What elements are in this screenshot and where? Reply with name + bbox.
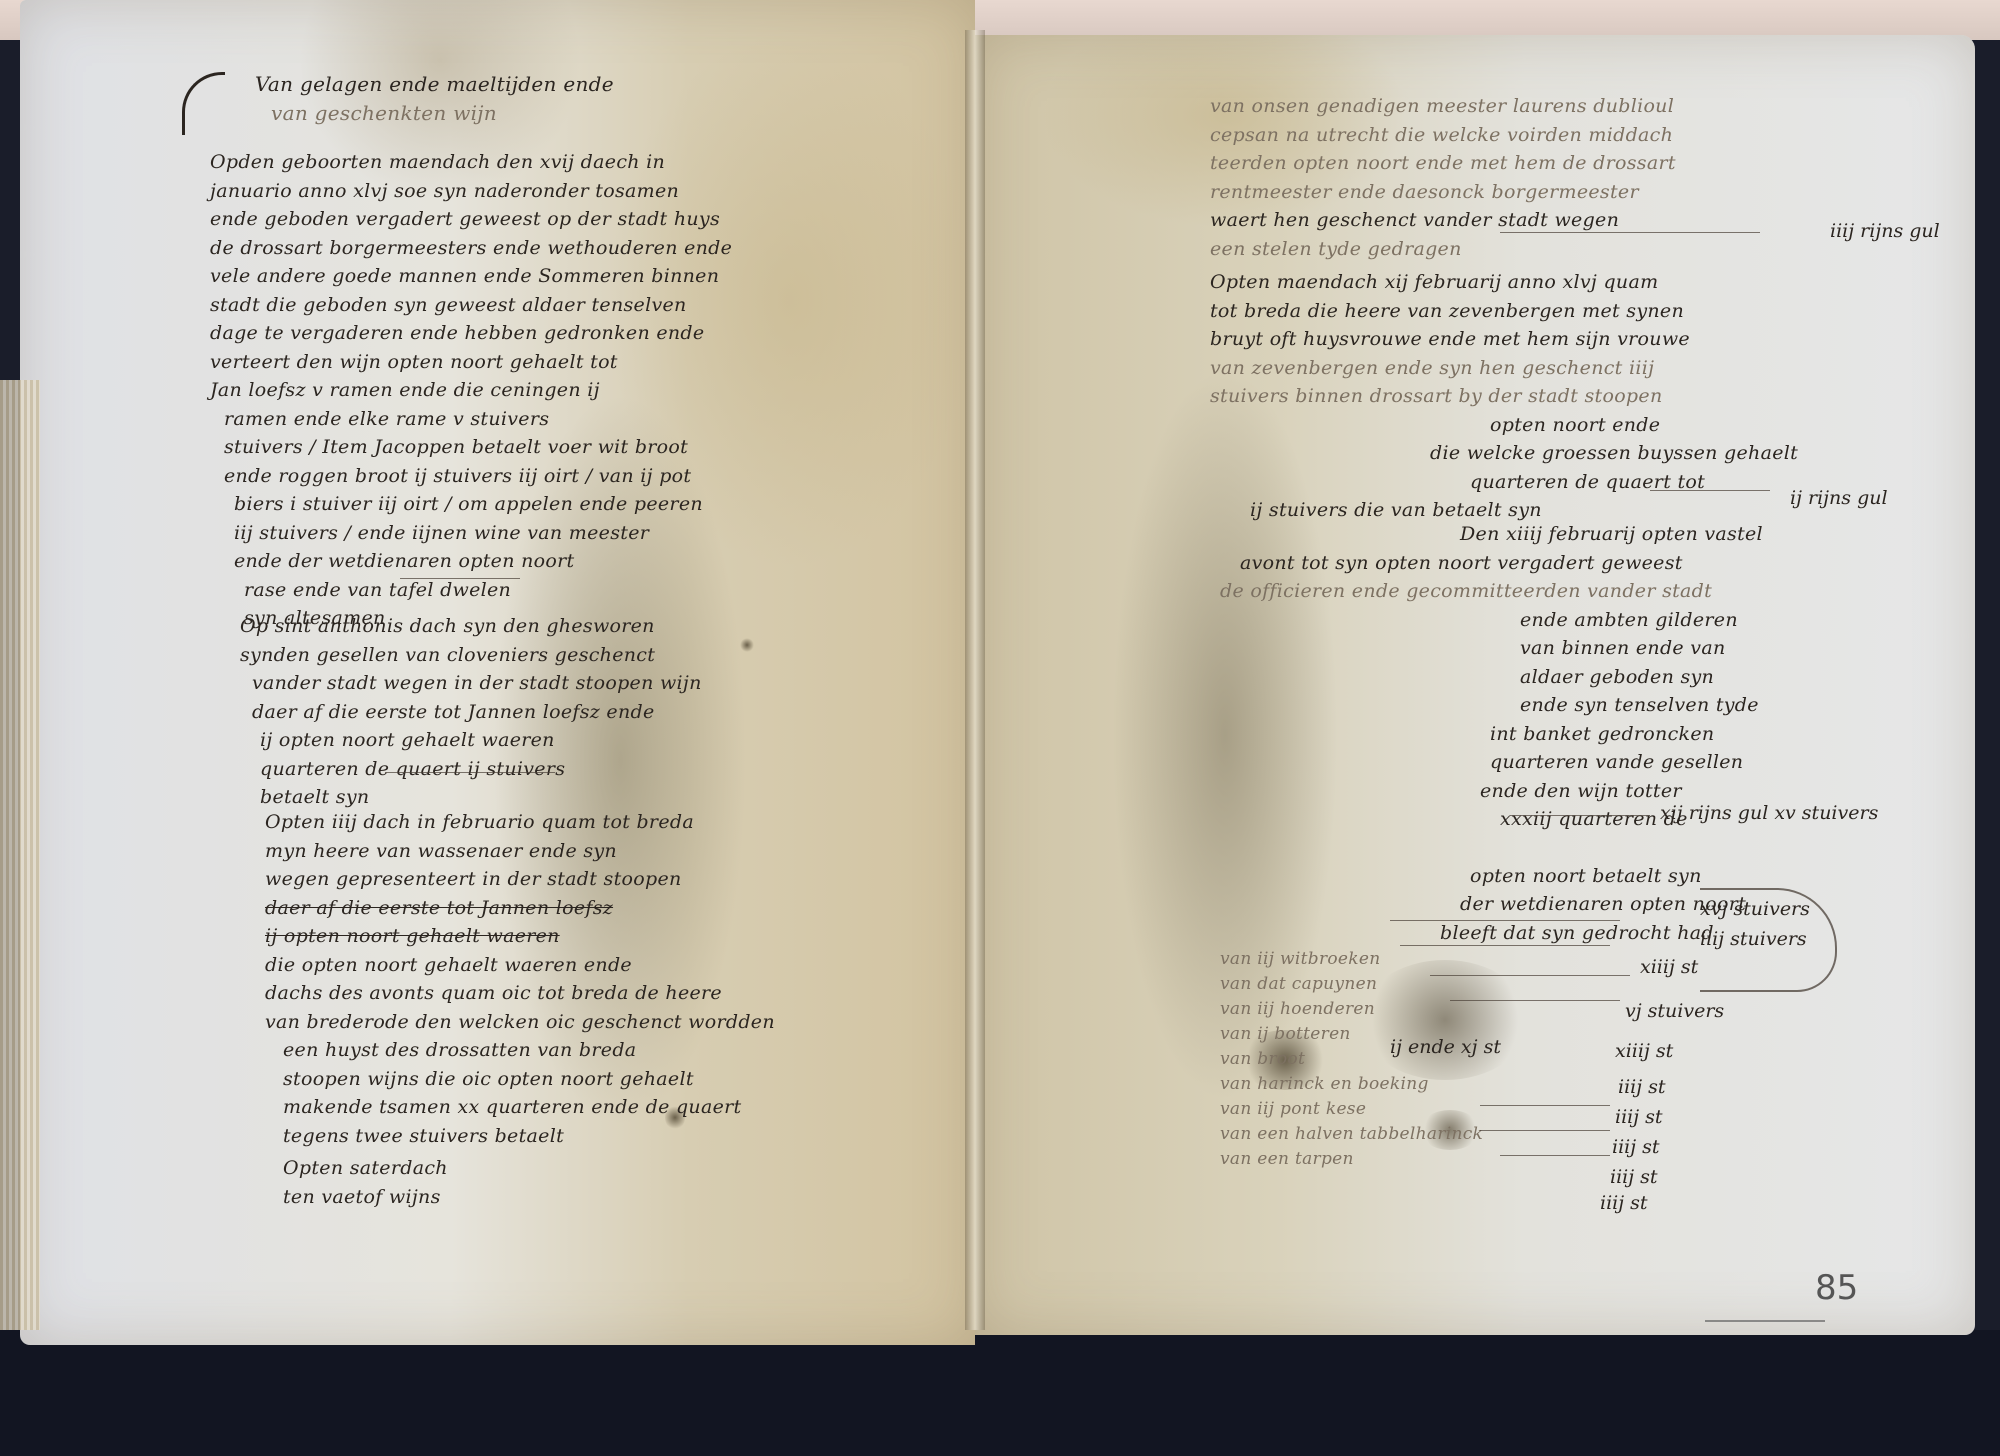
text-line: een huyst des drossatten van breda <box>265 1036 775 1065</box>
text-line: makende tsamen xx quarteren ende de quae… <box>265 1093 775 1122</box>
text-line: verteert den wijn opten noort gehaelt to… <box>210 348 732 377</box>
text-line: cepsan na utrecht die welcke voirden mid… <box>1210 121 1676 150</box>
ledger-rule <box>1400 945 1610 946</box>
margin-amount: ij rijns gul <box>1790 487 1888 509</box>
ledger-rule <box>385 772 555 773</box>
text-line: ende roggen broot ij stuivers iij oirt /… <box>210 462 732 491</box>
ledger-rule <box>400 578 520 579</box>
ledger-rule <box>1480 1105 1610 1106</box>
text-line: Opten saterdach <box>265 1154 775 1183</box>
margin-amount: iiij stuivers <box>1700 928 1807 950</box>
text-line: Jan loefsz v ramen ende die ceningen ij <box>210 376 732 405</box>
text-line: ten vaetof wijns <box>265 1183 775 1212</box>
ink-dot-2 <box>740 638 754 652</box>
text-line: ende geboden vergadert geweest op der st… <box>210 205 732 234</box>
heading-line: van geschenkten wijn <box>255 99 614 128</box>
text-line: avont tot syn opten noort vergadert gewe… <box>1220 549 1763 578</box>
text-line: rentmeester ende daesonck borgermeester <box>1210 178 1676 207</box>
margin-amount: vj stuivers <box>1625 1000 1724 1022</box>
margin-amount: xij rijns gul xv stuivers <box>1660 802 1878 824</box>
right-paragraph-1: van onsen genadigen meester laurens dubl… <box>1210 92 1676 263</box>
open-manuscript: Van gelagen ende maeltijden ende van ges… <box>0 0 2000 1456</box>
text-line: Opten maendach xij februarij anno xlvj q… <box>1210 268 1798 297</box>
text-line: daer af die eerste tot Jannen loefsz end… <box>240 698 702 727</box>
text-line: dachs des avonts quam oic tot breda de h… <box>265 979 775 1008</box>
text-line: waert hen geschenct vander stadt wegen <box>1210 206 1676 235</box>
text-line: stadt die geboden syn geweest aldaer ten… <box>210 291 732 320</box>
text-line: stuivers / Item Jacoppen betaelt voer wi… <box>210 433 732 462</box>
text-line: bruyt oft huysvrouwe ende met hem sijn v… <box>1210 325 1798 354</box>
text-line: ramen ende elke rame v stuivers <box>210 405 732 434</box>
margin-amount: iiij st <box>1618 1076 1666 1098</box>
text-line: vander stadt wegen in der stadt stoopen … <box>240 669 702 698</box>
left-paragraph-1: Opden geboorten maendach den xvij daech … <box>210 148 732 633</box>
margin-amount: xiiij st <box>1615 1040 1673 1062</box>
book-spine <box>965 30 985 1330</box>
text-line: ende syn tenselven tyde <box>1220 691 1763 720</box>
text-line: tegens twee stuivers betaelt <box>265 1122 775 1151</box>
text-line: aldaer geboden syn <box>1220 663 1763 692</box>
text-line: ende ambten gilderen <box>1220 606 1763 635</box>
margin-amount: iiij st <box>1600 1192 1648 1214</box>
text-line: synden gesellen van cloveniers geschenct <box>240 641 702 670</box>
text-line: Op sint anthonis dach syn den ghesworen <box>240 612 702 641</box>
left-paragraph-2: Op sint anthonis dach syn den ghesworen … <box>240 612 702 812</box>
margin-amount: xiiij st <box>1640 956 1698 978</box>
ledger-rule <box>1500 232 1760 233</box>
text-line: bleeft dat syn gedrocht had <box>1220 919 1763 948</box>
ledger-rule <box>1510 815 1650 816</box>
ledger-rule <box>1500 1155 1610 1156</box>
text-line: ij opten noort gehaelt waeren <box>240 726 702 755</box>
text-line: opten noort ende <box>1210 411 1798 440</box>
ledger-item: van iij pont kese <box>1220 1097 1763 1122</box>
text-line: dage te vergaderen ende hebben gedronken… <box>210 319 732 348</box>
text-line: van binnen ende van <box>1220 634 1763 663</box>
heading-line: Van gelagen ende maeltijden ende <box>255 70 614 99</box>
text-line: rase ende van tafel dwelen <box>210 576 732 605</box>
ledger-rule <box>1390 920 1620 921</box>
ledger-rule <box>1450 1000 1620 1001</box>
struck-text-line: ij opten noort gehaelt waeren <box>265 922 775 951</box>
text-line: ende den wijn totter <box>1220 777 1763 806</box>
ledger-item: van harinck en boeking <box>1220 1072 1763 1097</box>
left-heading: Van gelagen ende maeltijden ende van ges… <box>255 70 614 127</box>
margin-amount: iiij rijns gul <box>1830 220 1940 242</box>
text-line: der wetdienaren opten noort <box>1220 890 1763 919</box>
folio-number: 85 <box>1815 1268 1858 1308</box>
text-line: quarteren vande gesellen <box>1220 748 1763 777</box>
text-line: januario anno xlvj soe syn naderonder to… <box>210 177 732 206</box>
text-line: iij stuivers / ende iijnen wine van mees… <box>210 519 732 548</box>
text-line: teerden opten noort ende met hem de dros… <box>1210 149 1676 178</box>
ledger-rule <box>1430 975 1630 976</box>
text-line: van onsen genadigen meester laurens dubl… <box>1210 92 1676 121</box>
text-line: myn heere van wassenaer ende syn <box>265 837 775 866</box>
text-line: een stelen tyde gedragen <box>1210 235 1676 264</box>
ledger-rule <box>1650 490 1770 491</box>
text-line: wegen gepresenteert in der stadt stoopen <box>265 865 775 894</box>
left-paragraph-3: Opten iiij dach in februario quam tot br… <box>265 808 775 1211</box>
margin-amount: iiij st <box>1612 1136 1660 1158</box>
text-line: stuivers binnen drossart by der stadt st… <box>1210 382 1798 411</box>
text-line: tot breda die heere van zevenbergen met … <box>1210 297 1798 326</box>
text-line: ende der wetdienaren opten noort <box>210 547 732 576</box>
struck-text-line: daer af die eerste tot Jannen loefsz <box>265 894 775 923</box>
text-line: van brederode den welcken oic geschenct … <box>265 1008 775 1037</box>
text-line: die opten noort gehaelt waeren ende <box>265 951 775 980</box>
margin-amount: xvj stuivers <box>1700 898 1810 920</box>
text-line: de drossart borgermeesters ende wethoude… <box>210 234 732 263</box>
text-line: quarteren de quaert tot <box>1210 468 1798 497</box>
text-line: van zevenbergen ende syn hen geschenct i… <box>1210 354 1798 383</box>
text-line: die welcke groessen buyssen gehaelt <box>1210 439 1798 468</box>
right-paragraph-3: Den xiiij februarij opten vastel avont t… <box>1220 520 1763 1172</box>
ledger-item: van een tarpen <box>1220 1147 1763 1172</box>
margin-amount: iiij st <box>1615 1106 1663 1128</box>
ledger-item: van een halven tabbelharinck <box>1220 1122 1763 1147</box>
text-line: Opten iiij dach in februario quam tot br… <box>265 808 775 837</box>
text-line: opten noort betaelt syn <box>1220 862 1763 891</box>
right-paragraph-2: Opten maendach xij februarij anno xlvj q… <box>1210 268 1798 525</box>
margin-amount: iiij st <box>1610 1166 1658 1188</box>
text-line: biers i stuiver iij oirt / om appelen en… <box>210 490 732 519</box>
text-line: quarteren de quaert ij stuivers <box>240 755 702 784</box>
text-line: stoopen wijns die oic opten noort gehael… <box>265 1065 775 1094</box>
page-edges <box>0 380 40 1330</box>
text-line: vele andere goede mannen ende Sommeren b… <box>210 262 732 291</box>
text-line: Den xiiij februarij opten vastel <box>1220 520 1763 549</box>
folio-underline <box>1705 1320 1825 1322</box>
ledger-rule <box>1480 1130 1610 1131</box>
text-line: int banket gedroncken <box>1220 720 1763 749</box>
inline-amount: ij ende xj st <box>1390 1036 1501 1058</box>
text-line: Opden geboorten maendach den xvij daech … <box>210 148 732 177</box>
text-line: de officieren ende gecommitteerden vande… <box>1220 577 1763 606</box>
